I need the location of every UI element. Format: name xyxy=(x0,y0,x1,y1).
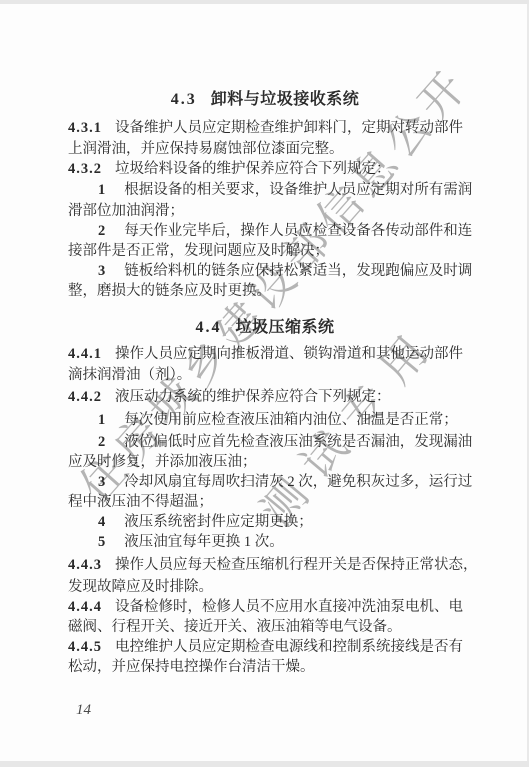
line-text: 冷却风扇宜每周吹扫清灰 2 次，避免积灰过多，运行过 xyxy=(124,474,472,490)
doc-line: 滴抹润滑油（剂）。 xyxy=(68,365,472,386)
doc-line: 1每次使用前应检查液压油箱内油位、油温是否正常； xyxy=(68,410,502,431)
line-text: 操作人员应定期向推板滑道、锁钩滑道和其他运动部件 xyxy=(115,346,463,362)
line-text: 磁阀、行程开关、接近开关、液压油箱等电气设备。 xyxy=(68,619,402,635)
section-title: 垃圾压缩系统 xyxy=(235,319,334,336)
doc-line: 发现故障应及时排除。 xyxy=(68,577,472,598)
line-text: 设备维护人员应定期检查维护卸料门，定期对转动部件 xyxy=(115,120,463,136)
item-number: 1 xyxy=(98,182,105,198)
item-number: 4 xyxy=(98,514,105,530)
item-number: 3 xyxy=(98,474,105,490)
clause-number: 4.4.2 xyxy=(68,389,102,405)
section-title: 卸料与垃圾接收系统 xyxy=(211,91,360,108)
line-text: 垃圾给料设备的维护保养应符合下列规定： xyxy=(115,161,391,177)
item-number: 3 xyxy=(98,263,105,279)
clause-number: 4.3.1 xyxy=(68,120,102,136)
doc-line: 4.4.5电控维护人员应定期检查电源线和控制系统接线是否有 xyxy=(68,637,472,658)
line-text: 程中液压油不得超温； xyxy=(68,494,213,510)
line-text: 根据设备的相关要求，设备维护人员应定期对所有需润 xyxy=(124,182,472,198)
line-text: 每次使用前应检查液压油箱内油位、油温是否正常； xyxy=(124,412,458,428)
line-text: 应及时修复，并添加液压油； xyxy=(68,454,257,470)
doc-line: 滑部位加油润滑； xyxy=(68,201,472,222)
clause-number: 4.4.4 xyxy=(68,599,102,615)
doc-line: 松动，并应保持电控操作台清洁干燥。 xyxy=(68,657,472,678)
line-text: 液压油宜每年更换 1 次。 xyxy=(124,534,284,550)
doc-line: 4.4.2液压动力系统的维护保养应符合下列规定： xyxy=(68,387,472,408)
line-text: 液压系统密封件应定期更换； xyxy=(124,514,313,530)
line-text: 设备检修时，检修人员不应用水直接冲洗油泵电机、电 xyxy=(115,599,463,615)
doc-line: 2每天作业完毕后，操作人员应检查设备各传动部件和连 xyxy=(68,221,502,242)
item-number: 2 xyxy=(98,223,105,239)
doc-line: 5液压油宜每年更换 1 次。 xyxy=(68,532,502,553)
line-text: 滑部位加油润滑； xyxy=(68,203,184,219)
doc-line: 整，磨损大的链条应及时更换。 xyxy=(68,281,472,302)
section-number: 4.4 xyxy=(195,319,221,336)
clause-number: 4.3.2 xyxy=(68,161,102,177)
doc-line: 应及时修复，并添加液压油； xyxy=(68,452,472,473)
page-number: 14 xyxy=(76,702,91,719)
line-text: 上润滑油，并应保持易腐蚀部位漆面完整。 xyxy=(68,141,344,157)
doc-line: 3冷却风扇宜每周吹扫清灰 2 次，避免积灰过多，运行过 xyxy=(68,472,502,493)
doc-line: 4.3.1设备维护人员应定期检查维护卸料门，定期对转动部件 xyxy=(68,118,472,139)
doc-line: 4.4.3操作人员应每天检查压缩机行程开关是否保持正常状态， xyxy=(68,555,472,576)
line-text: 操作人员应每天检查压缩机行程开关是否保持正常状态， xyxy=(115,557,478,573)
doc-line: 磁阀、行程开关、接近开关、液压油箱等电气设备。 xyxy=(68,617,472,638)
line-text: 液位偏低时应首先检查液压油系统是否漏油，发现漏油 xyxy=(124,434,472,450)
doc-line: 1根据设备的相关要求，设备维护人员应定期对所有需润 xyxy=(68,180,502,201)
section-number: 4.3 xyxy=(171,91,197,108)
section-heading-4-4: 4.4垃圾压缩系统 xyxy=(68,314,462,337)
item-number: 5 xyxy=(98,534,105,550)
doc-line: 4液压系统密封件应定期更换； xyxy=(68,512,502,533)
clause-number: 4.4.5 xyxy=(68,639,102,655)
line-text: 电控维护人员应定期检查电源线和控制系统接线是否有 xyxy=(115,639,463,655)
clause-number: 4.4.1 xyxy=(68,346,102,362)
doc-line: 4.4.1操作人员应定期向推板滑道、锁钩滑道和其他运动部件 xyxy=(68,344,472,365)
line-text: 液压动力系统的维护保养应符合下列规定： xyxy=(115,389,391,405)
line-text: 接部件是否正常，发现问题应及时解决； xyxy=(68,243,329,259)
doc-line: 2液位偏低时应首先检查液压油系统是否漏油，发现漏油 xyxy=(68,432,502,453)
line-text: 整，磨损大的链条应及时更换。 xyxy=(68,283,271,299)
line-text: 发现故障应及时排除。 xyxy=(68,579,213,595)
item-number: 2 xyxy=(98,434,105,450)
doc-line: 3链板给料机的链条应保持松紧适当，发现跑偏应及时调 xyxy=(68,261,502,282)
document-page: 住房城乡建设部信息公开 测试专用 4.3卸料与垃圾接收系统 4.3.1设备维护人… xyxy=(0,0,529,767)
doc-line: 4.3.2垃圾给料设备的维护保养应符合下列规定： xyxy=(68,159,472,180)
line-text: 每天作业完毕后，操作人员应检查设备各传动部件和连 xyxy=(124,223,472,239)
doc-line: 程中液压油不得超温； xyxy=(68,492,472,513)
section-heading-4-3: 4.3卸料与垃圾接收系统 xyxy=(68,86,462,109)
clause-number: 4.4.3 xyxy=(68,557,102,573)
doc-line: 接部件是否正常，发现问题应及时解决； xyxy=(68,241,472,262)
doc-line: 上润滑油，并应保持易腐蚀部位漆面完整。 xyxy=(68,139,472,160)
line-text: 松动，并应保持电控操作台清洁干燥。 xyxy=(68,659,315,675)
line-text: 滴抹润滑油（剂）。 xyxy=(68,367,191,383)
item-number: 1 xyxy=(98,412,105,428)
line-text: 链板给料机的链条应保持松紧适当，发现跑偏应及时调 xyxy=(124,263,472,279)
doc-line: 4.4.4设备检修时，检修人员不应用水直接冲洗油泵电机、电 xyxy=(68,597,472,618)
